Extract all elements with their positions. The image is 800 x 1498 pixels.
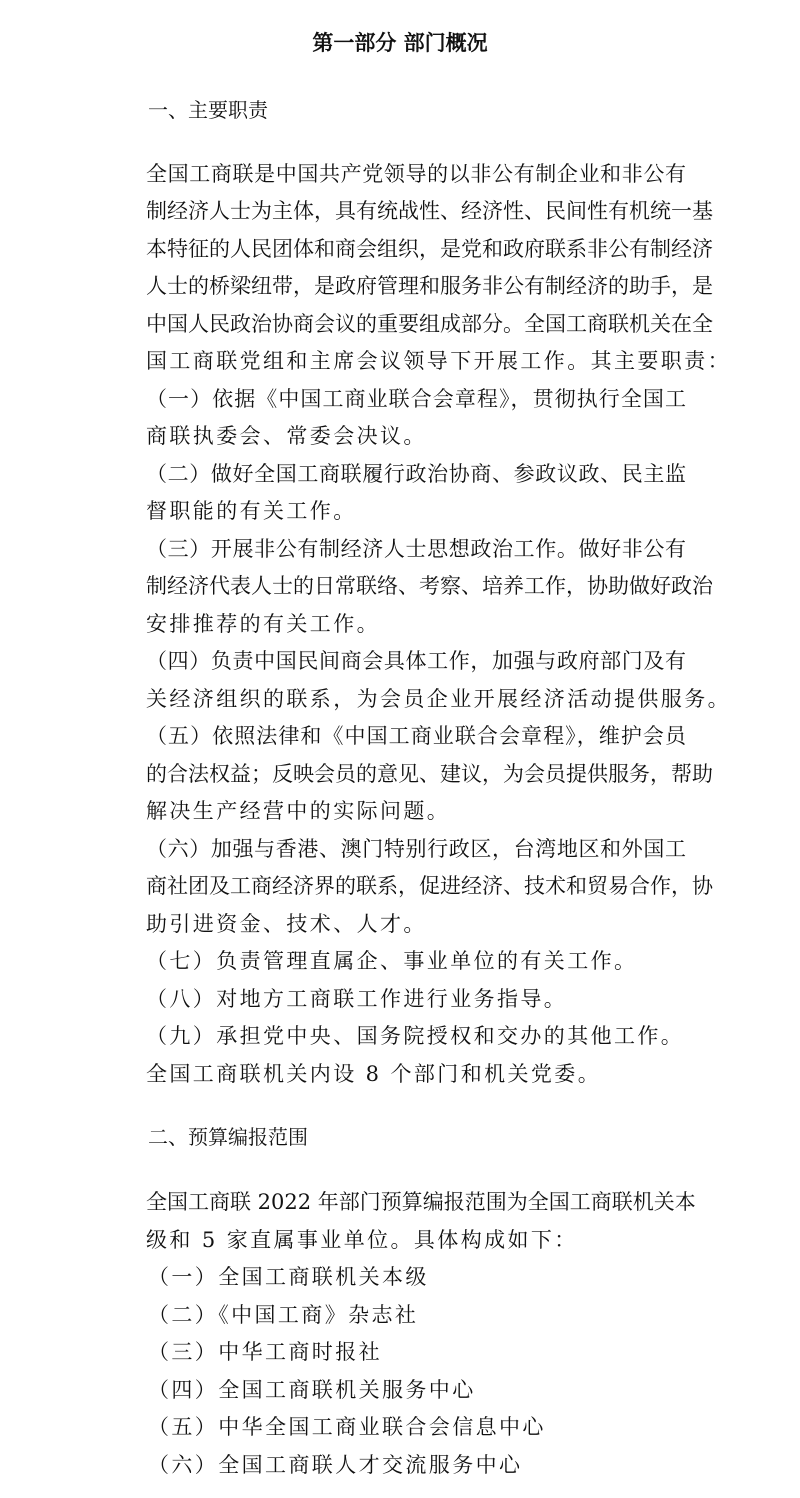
duty-item-6-cont: 商社团及工商经济界的联系，促进经济、技术和贸易合作，协 xyxy=(146,873,686,899)
unit-item-1: （一）全国工商联机关本级 xyxy=(148,1264,429,1290)
duty-item-9: （九）承担党中央、国务院授权和交办的其他工作。 xyxy=(146,1023,684,1049)
duty-item-4: （四）负责中国民间商会具体工作，加强与政府部门及有 xyxy=(146,648,686,674)
paragraph-line: 人士的桥梁纽带，是政府管理和服务非公有制经济的助手，是 xyxy=(146,273,686,299)
duty-item-5-cont: 的合法权益；反映会员的意见、建议，为会员提供服务，帮助 xyxy=(146,761,686,787)
unit-item-3: （三）中华工商时报社 xyxy=(148,1339,382,1365)
duty-item-5: （五）依照法律和《中国工商业联合会章程》，维护会员 xyxy=(146,723,686,749)
departments-summary: 全国工商联机关内设 8 个部门和机关党委。 xyxy=(146,1061,601,1087)
duty-item-2-cont: 督职能的有关工作。 xyxy=(146,498,357,524)
duty-item-1-cont: 商联执委会、常委会决议。 xyxy=(146,423,427,449)
duty-item-7: （七）负责管理直属企、事业单位的有关工作。 xyxy=(146,948,637,974)
duty-item-3-cont: 制经济代表人士的日常联络、考察、培养工作，协助做好政治 xyxy=(146,573,686,599)
unit-item-4: （四）全国工商联机关服务中心 xyxy=(148,1377,476,1403)
section-heading-budget-scope: 二、预算编报范围 xyxy=(148,1124,308,1150)
page-title: 第一部分 部门概况 xyxy=(0,27,800,57)
paragraph-line: 国工商联党组和主席会议领导下开展工作。其主要职责： xyxy=(146,348,731,374)
duty-item-3: （三）开展非公有制经济人士思想政治工作。做好非公有 xyxy=(146,536,686,562)
duty-item-3-cont: 安排推荐的有关工作。 xyxy=(146,611,380,637)
duty-item-6-cont: 助引进资金、技术、人才。 xyxy=(146,911,427,937)
unit-item-2: （二）《中国工商》杂志社 xyxy=(148,1302,418,1328)
paragraph-line: 本特征的人民团体和商会组织，是党和政府联系非公有制经济 xyxy=(146,236,686,262)
section-heading-main-duties: 一、主要职责 xyxy=(148,97,268,123)
duty-item-8: （八）对地方工商联工作进行业务指导。 xyxy=(146,986,567,1012)
paragraph-line: 制经济人士为主体，具有统战性、经济性、民间性有机统一基 xyxy=(146,198,686,224)
duty-item-2: （二）做好全国工商联履行政治协商、参政议政、民主监 xyxy=(146,461,686,487)
duty-item-5-cont: 解决生产经营中的实际问题。 xyxy=(146,798,450,824)
duty-item-4-cont: 关经济组织的联系，为会员企业开展经济活动提供服务。 xyxy=(146,686,731,712)
duty-item-1: （一）依据《中国工商业联合会章程》，贯彻执行全国工 xyxy=(146,386,686,412)
unit-item-6: （六）全国工商联人才交流服务中心 xyxy=(148,1452,522,1478)
paragraph-line: 全国工商联 2022 年部门预算编报范围为全国工商联机关本 xyxy=(146,1189,686,1215)
unit-item-5: （五）中华全国工商业联合会信息中心 xyxy=(148,1414,546,1440)
paragraph-line: 级和 5 家直属事业单位。具体构成如下： xyxy=(146,1227,578,1253)
paragraph-line: 全国工商联是中国共产党领导的以非公有制企业和非公有 xyxy=(146,161,686,187)
paragraph-line: 中国人民政治协商会议的重要组成部分。全国工商联机关在全 xyxy=(146,311,686,337)
duty-item-6: （六）加强与香港、澳门特别行政区，台湾地区和外国工 xyxy=(146,836,686,862)
